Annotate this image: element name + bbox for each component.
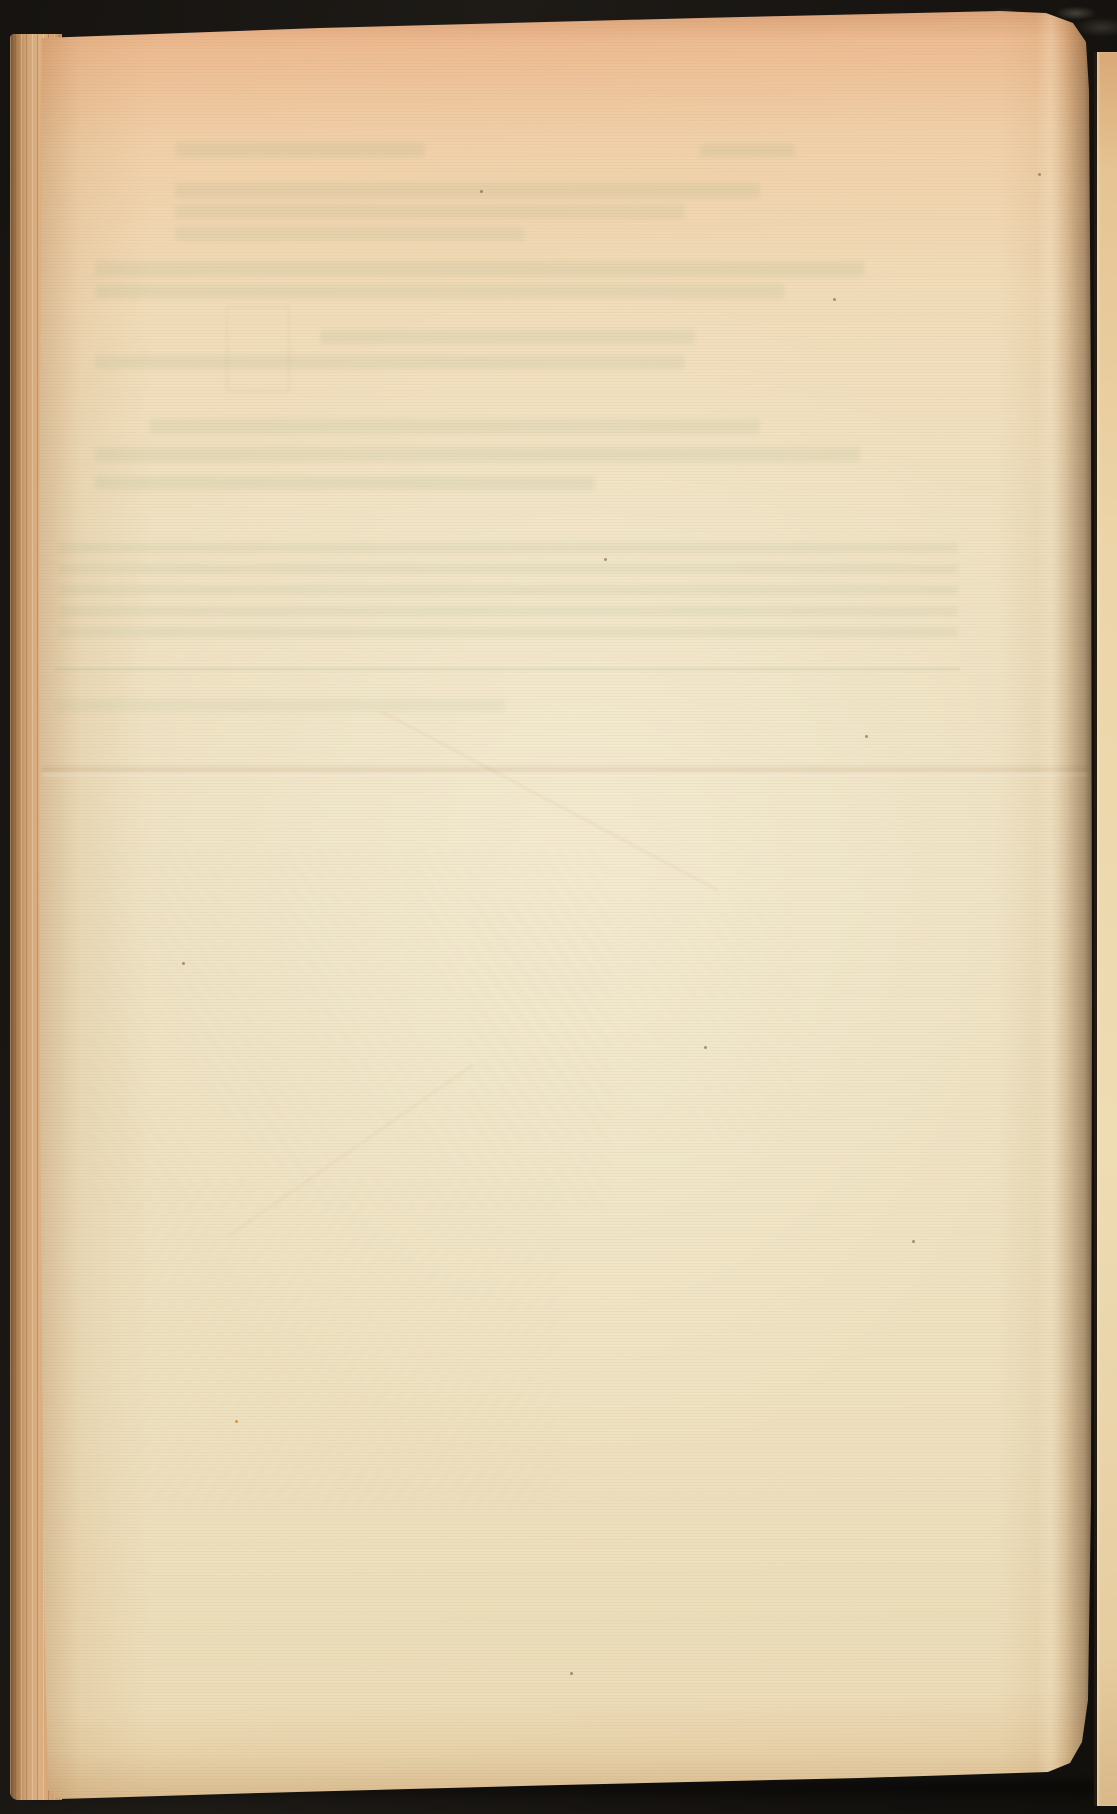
blank-book-page [0,0,1117,1814]
next-page-edge [1094,52,1117,1806]
book-scan-background [0,0,1117,1814]
paper-texture [0,0,1117,1814]
